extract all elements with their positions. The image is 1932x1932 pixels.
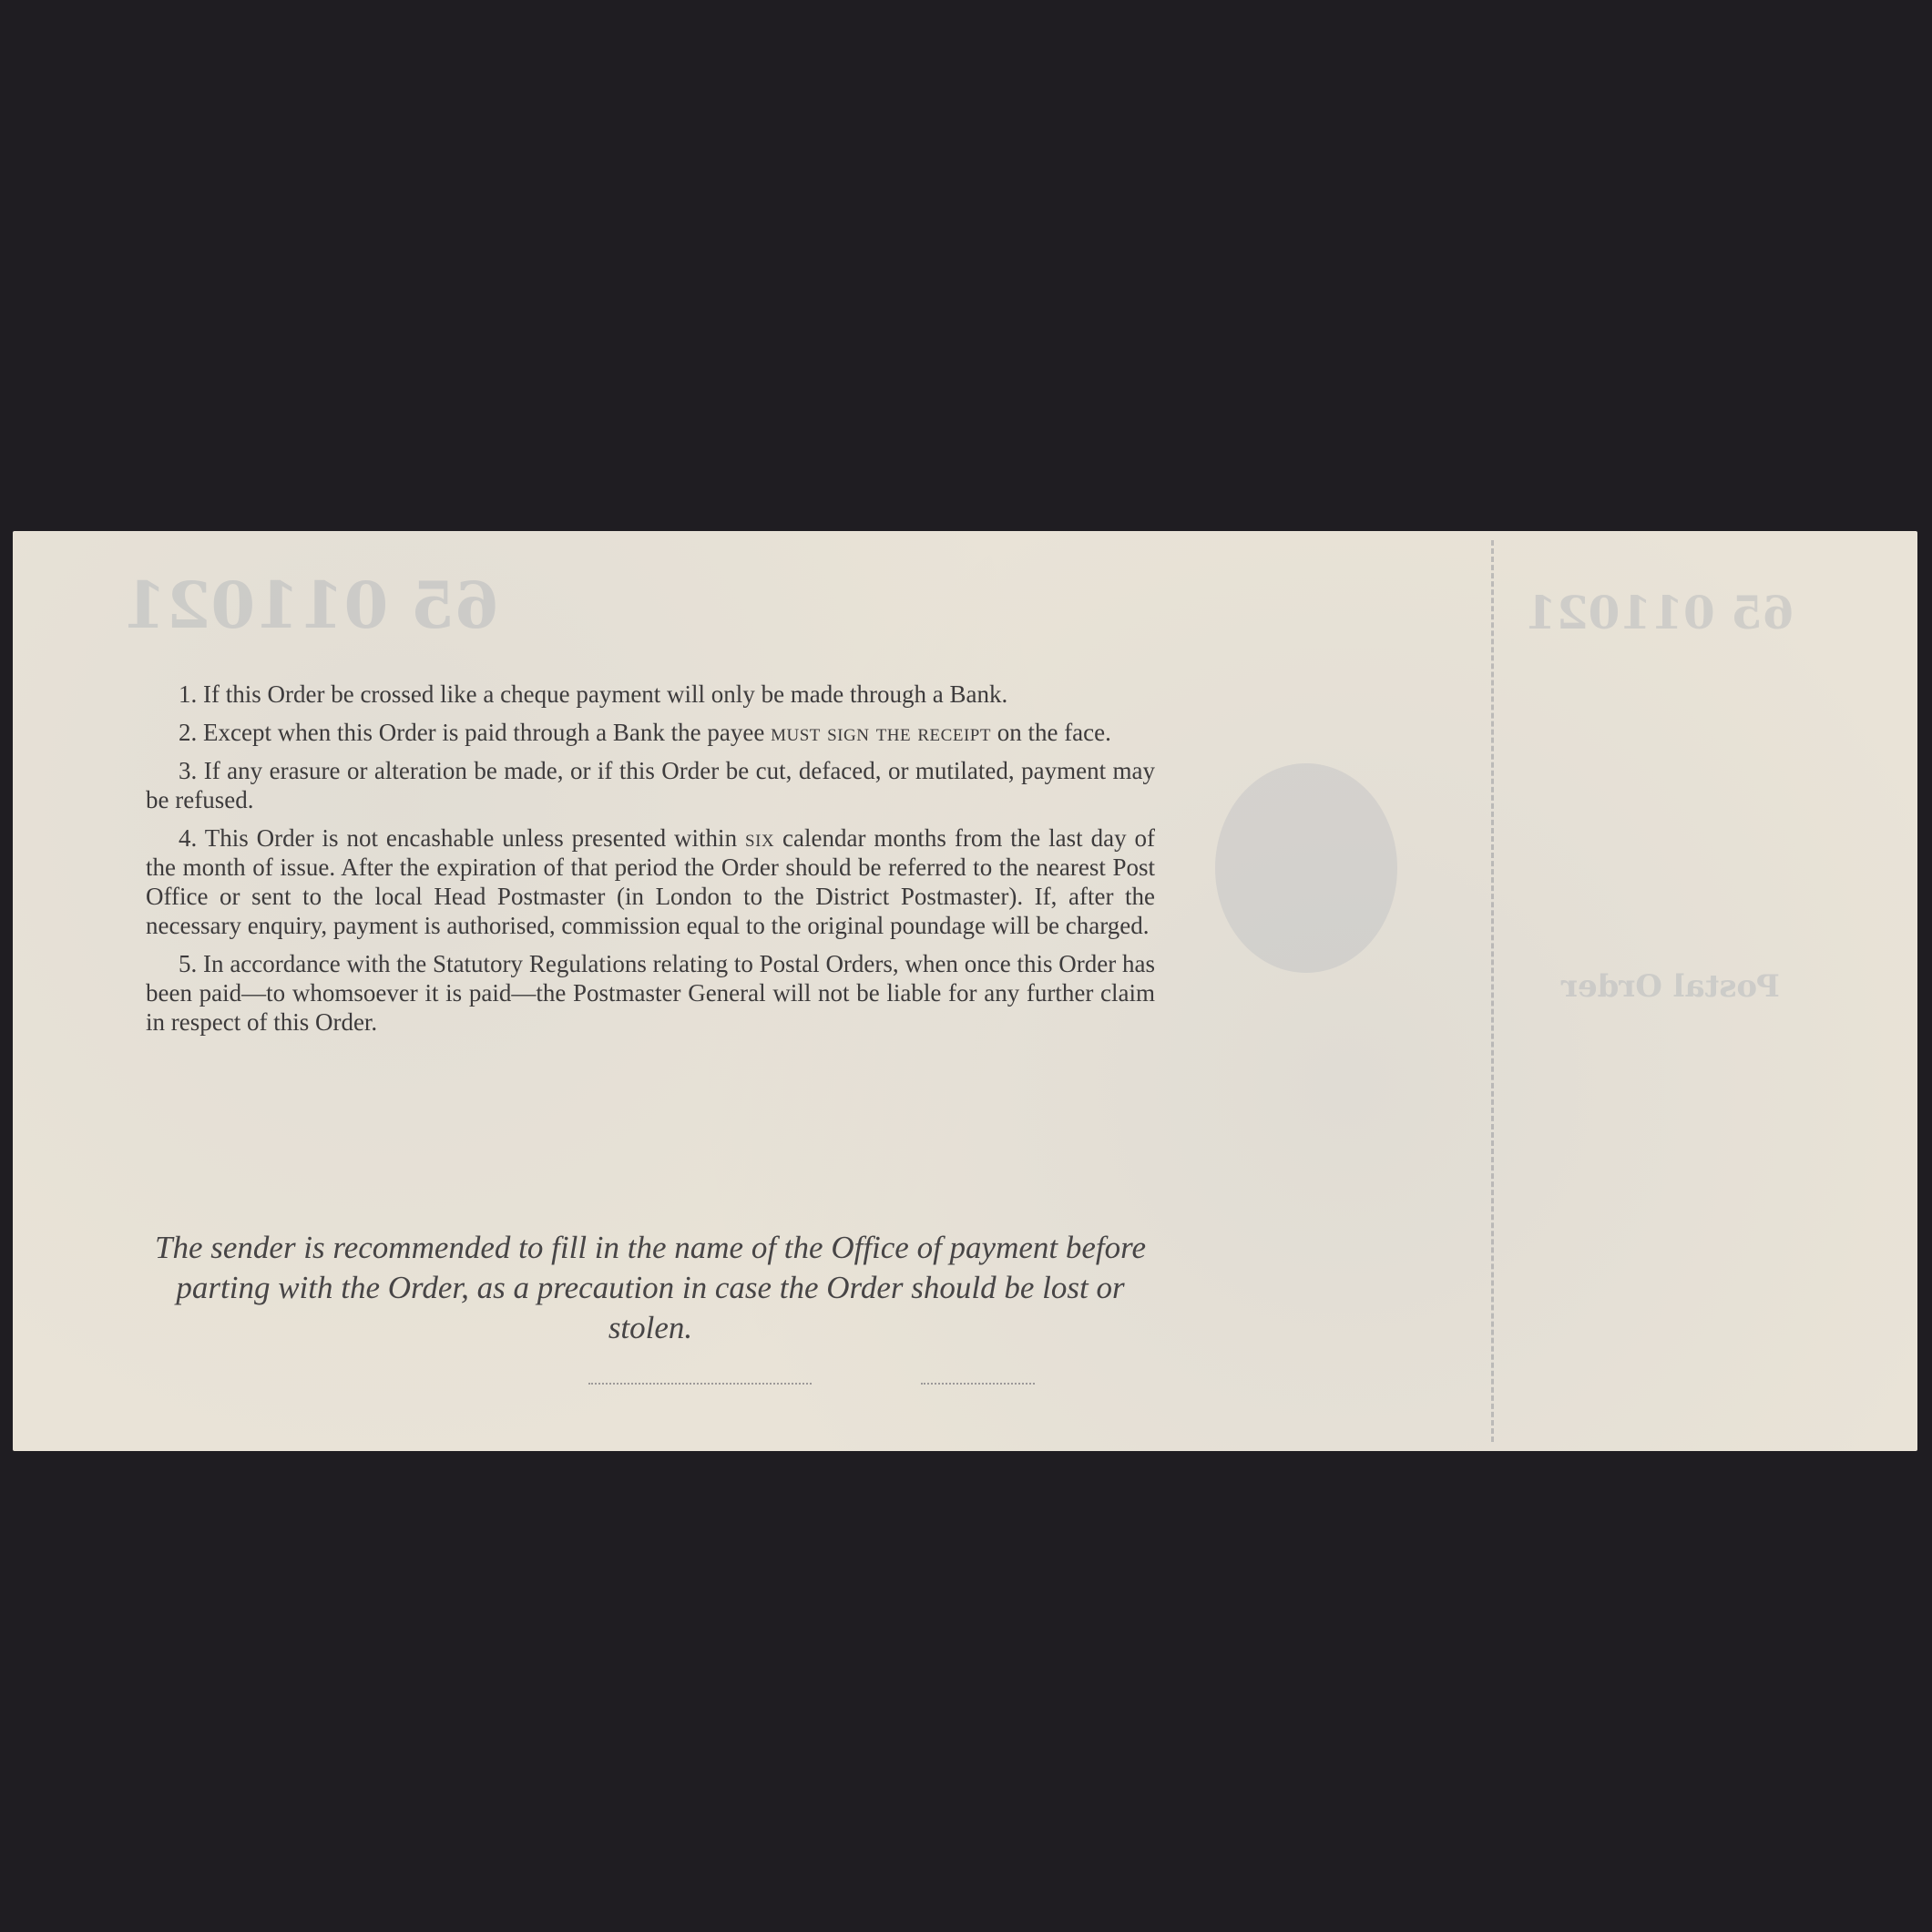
dotted-line-1 xyxy=(588,1383,812,1385)
dotted-line-2 xyxy=(921,1383,1035,1385)
terms-and-conditions: 1. If this Order be crossed like a chequ… xyxy=(146,680,1155,1046)
show-through-serial: 65 011021 xyxy=(122,567,499,643)
perforation-line xyxy=(1491,540,1494,1442)
show-through-portrait xyxy=(1215,763,1397,973)
postal-order-reverse: 65 011021 65 011021 Postal Order 1. If t… xyxy=(13,531,1917,1451)
term-5: 5. In accordance with the Statutory Regu… xyxy=(146,949,1155,1037)
show-through-serial-stub: 65 011021 xyxy=(1525,586,1794,639)
term-3: 3. If any erasure or alteration be made,… xyxy=(146,756,1155,814)
term-4: 4. This Order is not encashable unless p… xyxy=(146,823,1155,940)
show-through-label: Postal Order xyxy=(1561,968,1780,1005)
term-1: 1. If this Order be crossed like a chequ… xyxy=(146,680,1155,709)
term-2: 2. Except when this Order is paid throug… xyxy=(146,718,1155,747)
sender-recommendation: The sender is recommended to fill in the… xyxy=(146,1228,1155,1348)
